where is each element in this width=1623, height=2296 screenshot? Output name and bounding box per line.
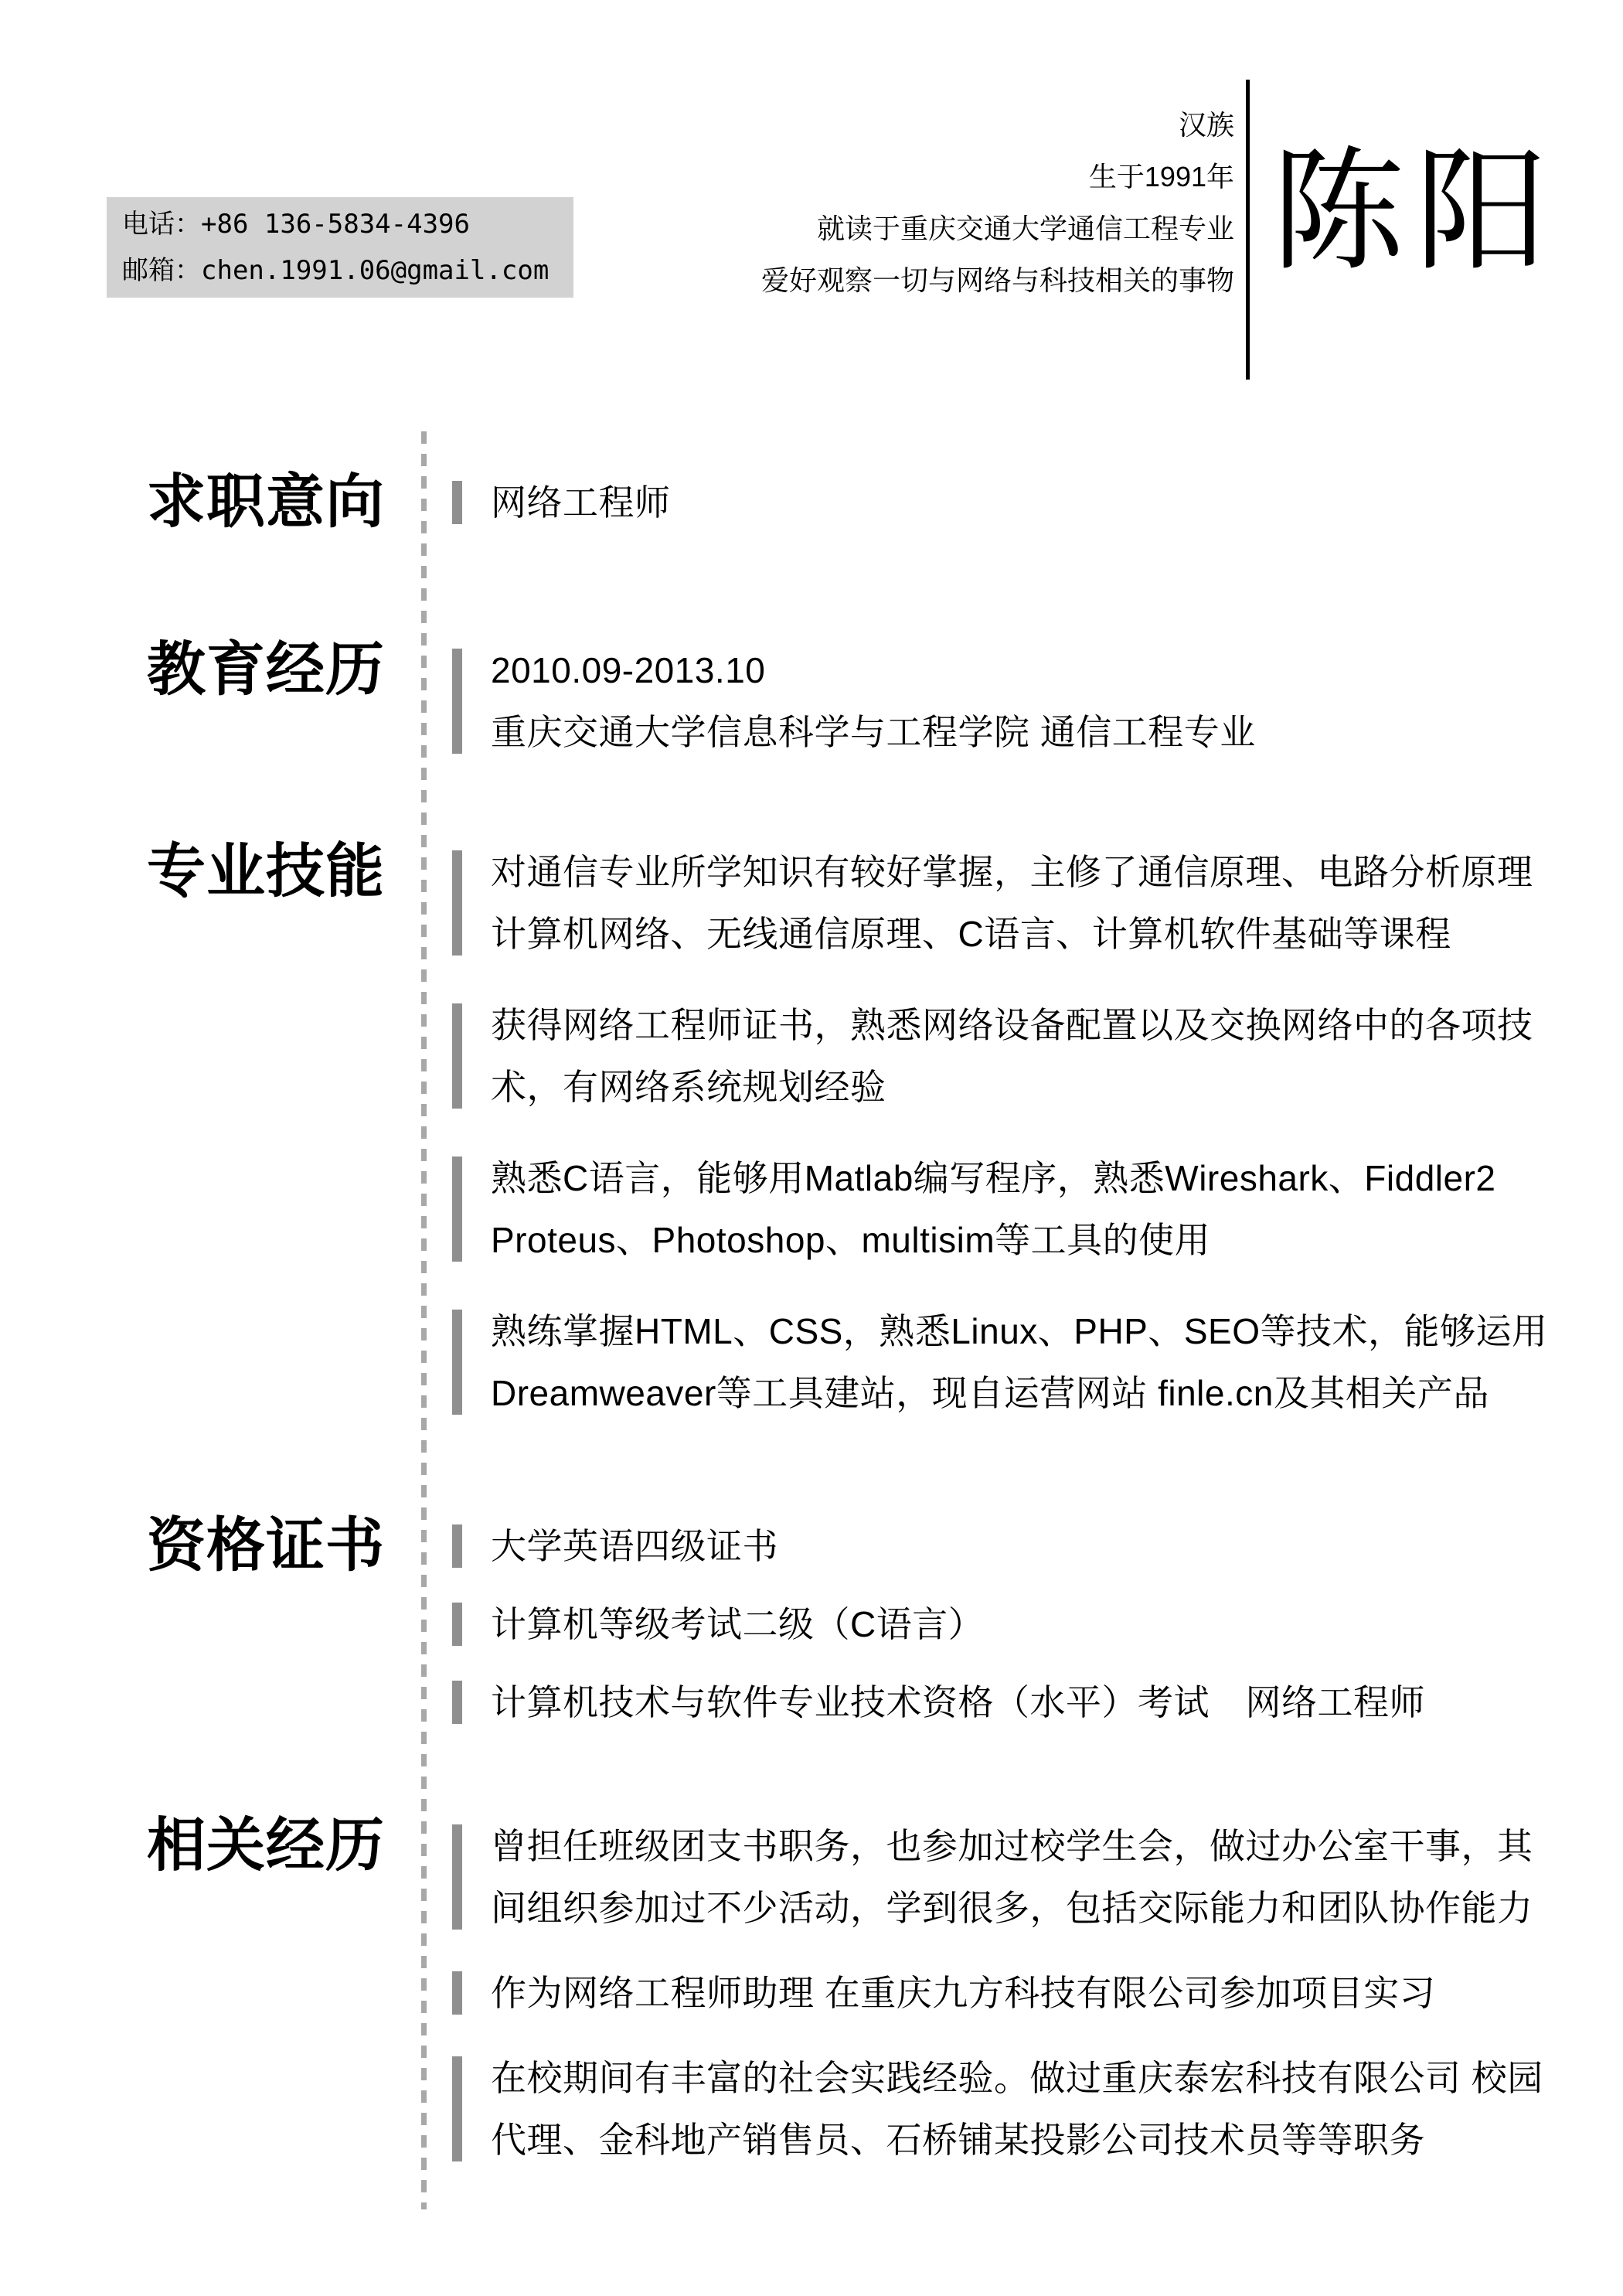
text-line: 获得网络工程师证书，熟悉网络设备配置以及交换网络中的各项技 [491,994,1533,1056]
section-title-experience: 相关经历 [147,1815,385,1877]
text-line: 熟练掌握HTML、CSS，熟悉Linux、PHP、SEO等技术，能够运用 [491,1300,1548,1362]
text-line: 间组织参加过不少活动，学到很多，包括交际能力和团队协作能力 [491,1877,1533,1939]
bullet-text: 作为网络工程师助理 在重庆九方科技有限公司参加项目实习 [491,1962,1435,2024]
bullet-item: 大学英语四级证书 [452,1515,1425,1577]
text-line: 熟悉C语言，能够用Matlab编写程序，熟悉Wireshark、Fiddler2 [491,1147,1496,1209]
text-line: 网络工程师 [491,472,671,533]
text-line: 术，有网络系统规划经验 [491,1056,1533,1118]
text-line: 计算机网络、无线通信原理、C语言、计算机软件基础等课程 [491,903,1533,965]
profile-ethnicity: 汉族 [761,99,1234,151]
bullet-marker-bar [452,2056,462,2161]
section-content-experience: 曾担任班级团支书职务，也参加过校学生会，做过办公室干事，其 间组织参加过不少活动… [452,1815,1543,2194]
bullet-text: 大学英语四级证书 [491,1515,778,1577]
text-line: 曾担任班级团支书职务，也参加过校学生会，做过办公室干事，其 [491,1815,1533,1877]
header-divider-line [1246,80,1250,380]
bullet-marker-bar [452,481,462,524]
text-line: 计算机技术与软件专业技术资格（水平）考试 网络工程师 [491,1671,1425,1733]
bullet-item: 作为网络工程师助理 在重庆九方科技有限公司参加项目实习 [452,1962,1543,2024]
section-content-skills: 对通信专业所学知识有较好掌握，主修了通信原理、电路分析原理 计算机网络、无线通信… [452,841,1548,1453]
text-line: 代理、金科地产销售员、石桥铺某投影公司技术员等等职务 [491,2109,1543,2171]
section-title-certificates: 资格证书 [147,1515,385,1577]
section-title-objective: 求职意向 [147,472,385,533]
text-line: 作为网络工程师助理 在重庆九方科技有限公司参加项目实习 [491,1962,1435,2024]
bullet-item: 对通信专业所学知识有较好掌握，主修了通信原理、电路分析原理 计算机网络、无线通信… [452,841,1548,965]
resume-page: 电话：+86 136-5834-4396 邮箱：chen.1991.06@gma… [0,0,1623,2296]
email-label: 邮箱： [122,255,201,286]
bullet-item: 计算机技术与软件专业技术资格（水平）考试 网络工程师 [452,1671,1425,1733]
text-line: 2010.09-2013.10 [491,639,1256,701]
bullet-text: 计算机技术与软件专业技术资格（水平）考试 网络工程师 [491,1671,1425,1733]
contact-box: 电话：+86 136-5834-4396 邮箱：chen.1991.06@gma… [107,197,573,298]
bullet-marker-bar [452,850,462,956]
text-line: Dreamweaver等工具建站，现自运营网站 finle.cn及其相关产品 [491,1362,1548,1424]
bullet-item: 获得网络工程师证书，熟悉网络设备配置以及交换网络中的各项技 术，有网络系统规划经… [452,994,1548,1118]
profile-summary: 汉族 生于1991年 就读于重庆交通大学通信工程专业 爱好观察一切与网络与科技相… [761,99,1234,306]
phone-label: 电话： [122,209,201,240]
bullet-marker-bar [452,1971,462,2015]
bullet-text: 获得网络工程师证书，熟悉网络设备配置以及交换网络中的各项技 术，有网络系统规划经… [491,994,1533,1118]
bullet-item: 熟练掌握HTML、CSS，熟悉Linux、PHP、SEO等技术，能够运用 Dre… [452,1300,1548,1424]
bullet-text: 熟练掌握HTML、CSS，熟悉Linux、PHP、SEO等技术，能够运用 Dre… [491,1300,1548,1424]
bullet-marker-bar [452,1824,462,1930]
bullet-item: 网络工程师 [452,472,671,533]
bullet-marker-bar [452,1310,462,1415]
profile-school: 就读于重庆交通大学通信工程专业 [761,203,1234,254]
text-line: 在校期间有丰富的社会实践经验。做过重庆泰宏科技有限公司 校园 [491,2047,1543,2109]
text-line: 计算机等级考试二级（C语言） [491,1593,984,1655]
section-content-education: 2010.09-2013.10 重庆交通大学信息科学与工程学院 通信工程专业 [452,639,1256,763]
profile-birth-year: 生于1991年 [761,151,1234,203]
email-value: chen.1991.06@gmail.com [201,255,549,286]
person-name: 陈阳 [1271,145,1559,278]
timeline-dotted-line [421,431,427,2209]
bullet-text: 2010.09-2013.10 重庆交通大学信息科学与工程学院 通信工程专业 [491,639,1256,763]
bullet-item: 在校期间有丰富的社会实践经验。做过重庆泰宏科技有限公司 校园 代理、金科地产销售… [452,2047,1543,2171]
bullet-marker-bar [452,1157,462,1262]
phone-line: 电话：+86 136-5834-4396 [122,211,573,237]
text-line: 大学英语四级证书 [491,1515,778,1577]
profile-interests: 爱好观察一切与网络与科技相关的事物 [761,254,1234,306]
section-title-education: 教育经历 [147,639,385,701]
bullet-text: 熟悉C语言，能够用Matlab编写程序，熟悉Wireshark、Fiddler2… [491,1147,1496,1271]
text-line: 重庆交通大学信息科学与工程学院 通信工程专业 [491,701,1256,763]
bullet-marker-bar [452,649,462,754]
email-line: 邮箱：chen.1991.06@gmail.com [122,257,573,284]
bullet-text: 曾担任班级团支书职务，也参加过校学生会，做过办公室干事，其 间组织参加过不少活动… [491,1815,1533,1939]
bullet-item: 2010.09-2013.10 重庆交通大学信息科学与工程学院 通信工程专业 [452,639,1256,763]
bullet-marker-bar [452,1681,462,1724]
bullet-marker-bar [452,1003,462,1109]
bullet-marker-bar [452,1603,462,1646]
section-title-skills: 专业技能 [147,841,385,903]
bullet-item: 曾担任班级团支书职务，也参加过校学生会，做过办公室干事，其 间组织参加过不少活动… [452,1815,1543,1939]
bullet-text: 计算机等级考试二级（C语言） [491,1593,984,1655]
bullet-text: 在校期间有丰富的社会实践经验。做过重庆泰宏科技有限公司 校园 代理、金科地产销售… [491,2047,1543,2171]
text-line: 对通信专业所学知识有较好掌握，主修了通信原理、电路分析原理 [491,841,1533,903]
bullet-item: 熟悉C语言，能够用Matlab编写程序，熟悉Wireshark、Fiddler2… [452,1147,1548,1271]
section-content-certificates: 大学英语四级证书 计算机等级考试二级（C语言） 计算机技术与软件专业技术资格（水… [452,1515,1425,1749]
section-content-objective: 网络工程师 [452,472,671,533]
bullet-text: 对通信专业所学知识有较好掌握，主修了通信原理、电路分析原理 计算机网络、无线通信… [491,841,1533,965]
phone-value: +86 136-5834-4396 [201,209,470,240]
text-line: Proteus、Photoshop、multisim等工具的使用 [491,1209,1496,1271]
bullet-item: 计算机等级考试二级（C语言） [452,1593,1425,1655]
bullet-marker-bar [452,1524,462,1568]
bullet-text: 网络工程师 [491,472,671,533]
